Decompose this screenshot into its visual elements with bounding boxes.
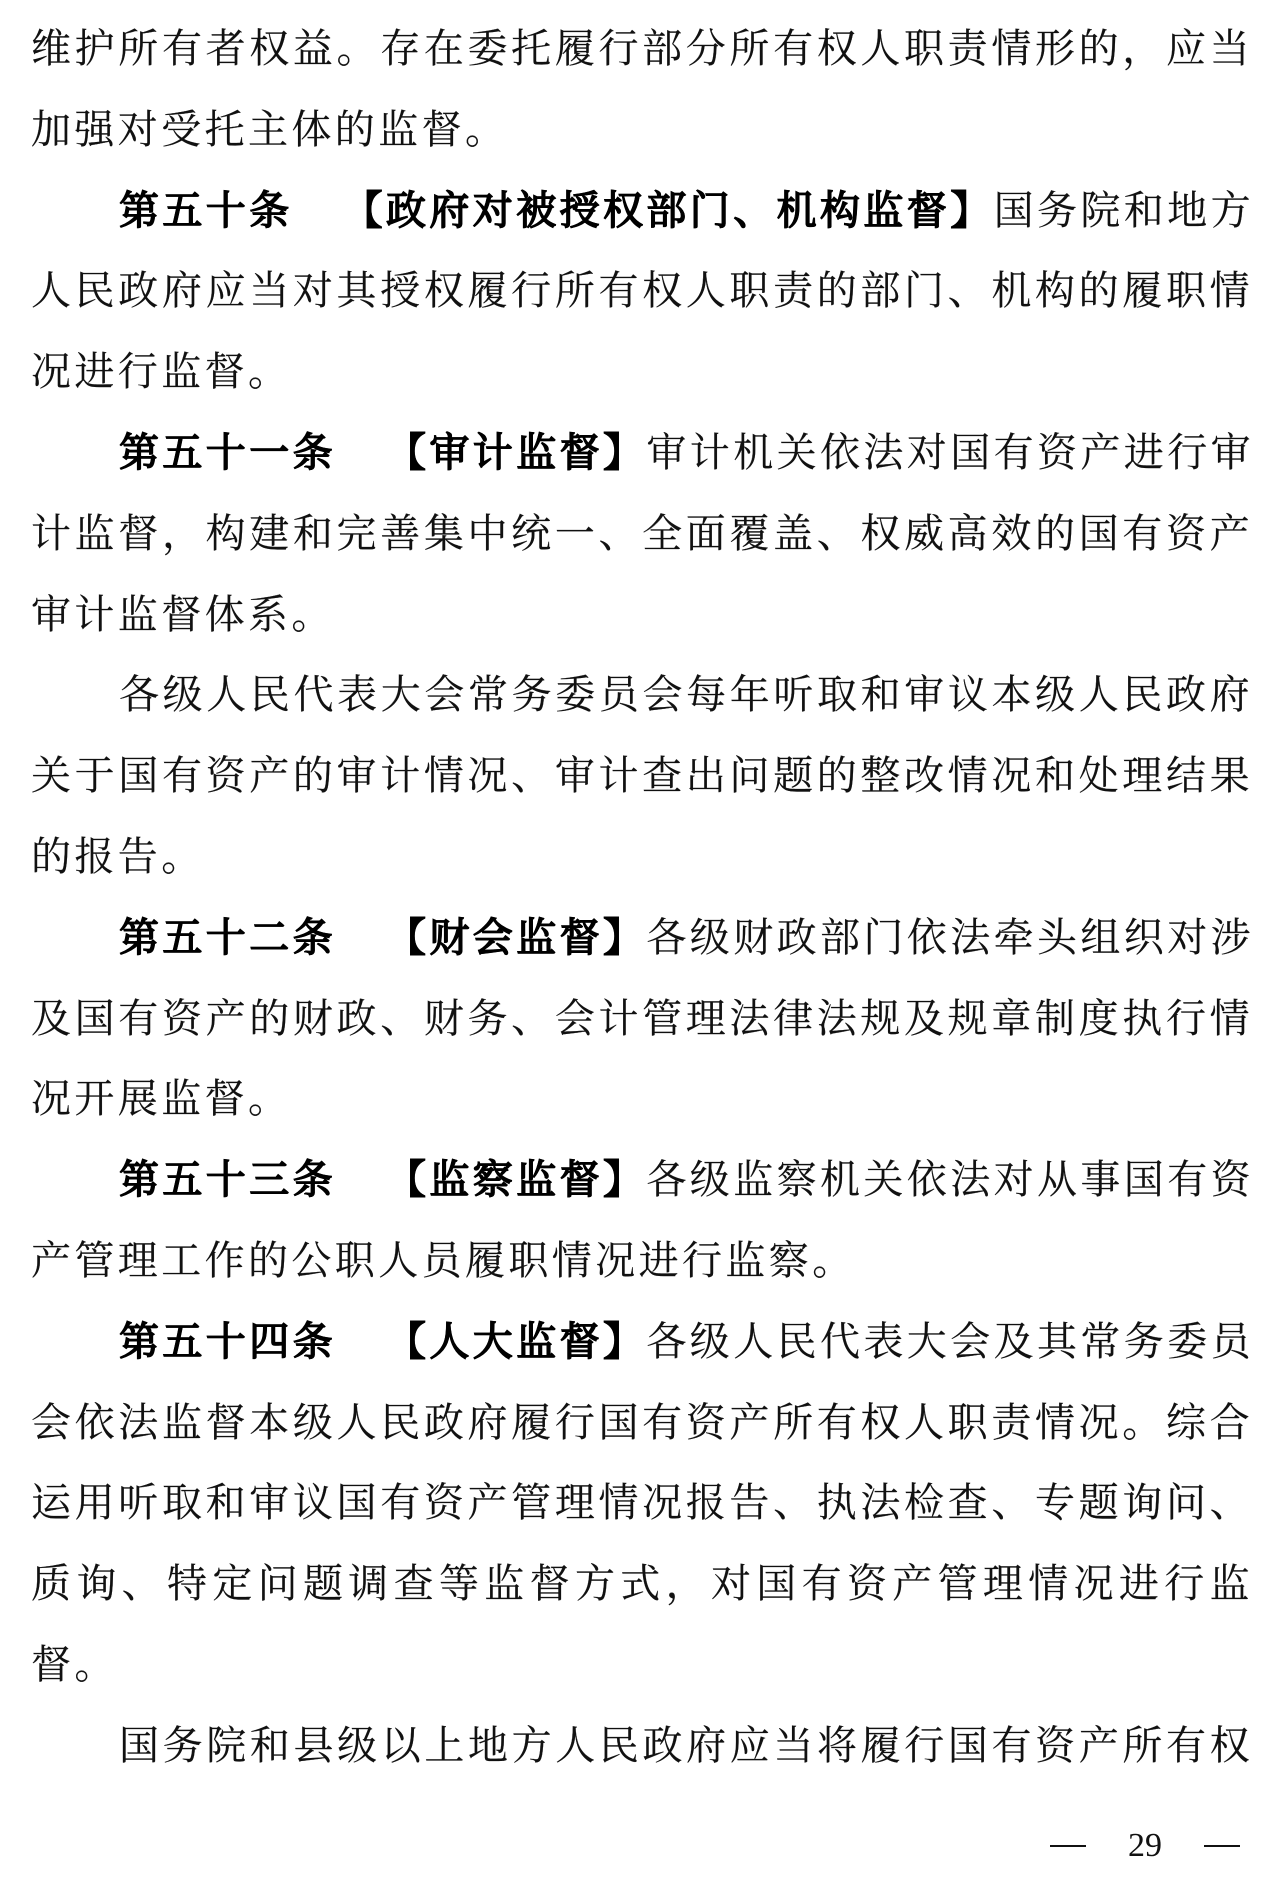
article-title: 【监察监督】: [386, 1157, 646, 1203]
page-footer: 29: [1050, 1826, 1240, 1866]
text-line: 人民政府应当对其授权履行所有权人职责的部门、机构的履职情: [31, 251, 1253, 332]
paragraph-first-line: 国务院和县级以上地方人民政府应当将履行国有资产所有权: [31, 1706, 1253, 1787]
text-line: 加强对受托主体的监督。: [31, 90, 1253, 171]
text-line: 审计监督体系。: [31, 575, 1253, 656]
text-line: 的报告。: [31, 817, 1253, 898]
article-54-heading-line: 第五十四条【人大监督】各级人民代表大会及其常务委员: [31, 1302, 1253, 1383]
text-line: 维护所有者权益。存在委托履行部分所有权人职责情形的，应当: [31, 9, 1253, 90]
text-line: 况进行监督。: [31, 332, 1253, 413]
dash-left: [1050, 1845, 1086, 1847]
article-number: 第五十四条: [119, 1319, 336, 1365]
text-line: 质询、特定问题调查等监督方式，对国有资产管理情况进行监: [31, 1544, 1253, 1625]
text-line: 运用听取和审议国有资产管理情况报告、执法检查、专题询问、: [31, 1463, 1253, 1544]
article-title: 【审计监督】: [386, 430, 646, 476]
text-line: 督。: [31, 1625, 1253, 1706]
article-51-heading-line: 第五十一条【审计监督】审计机关依法对国有资产进行审: [31, 413, 1253, 494]
article-text: 各级人民代表大会及其常务委员: [646, 1319, 1254, 1365]
text-line: 会依法监督本级人民政府履行国有资产所有权人职责情况。综合: [31, 1383, 1253, 1464]
article-text: 国务院和地方: [994, 188, 1254, 234]
article-title: 【财会监督】: [386, 915, 646, 961]
text-line: 况开展监督。: [31, 1059, 1253, 1140]
text-line: 计监督，构建和完善集中统一、全面覆盖、权威高效的国有资产: [31, 494, 1253, 575]
paragraph-first-line: 各级人民代表大会常务委员会每年听取和审议本级人民政府: [31, 655, 1253, 736]
article-number: 第五十条: [119, 188, 293, 234]
article-number: 第五十二条: [119, 915, 336, 961]
article-50-heading-line: 第五十条【政府对被授权部门、机构监督】国务院和地方: [31, 171, 1253, 252]
article-title: 【人大监督】: [386, 1319, 646, 1365]
dash-right: [1204, 1845, 1240, 1847]
page-number: 29: [1128, 1827, 1162, 1865]
document-page: 维护所有者权益。存在委托履行部分所有权人职责情形的，应当 加强对受托主体的监督。…: [31, 9, 1253, 1787]
article-number: 第五十一条: [119, 430, 336, 476]
article-text: 各级财政部门依法牵头组织对涉: [646, 915, 1254, 961]
text-line: 关于国有资产的审计情况、审计查出问题的整改情况和处理结果: [31, 736, 1253, 817]
text-line: 及国有资产的财政、财务、会计管理法律法规及规章制度执行情: [31, 979, 1253, 1060]
article-text: 审计机关依法对国有资产进行审: [646, 430, 1254, 476]
article-52-heading-line: 第五十二条【财会监督】各级财政部门依法牵头组织对涉: [31, 898, 1253, 979]
article-text: 各级监察机关依法对从事国有资: [646, 1157, 1254, 1203]
article-number: 第五十三条: [119, 1157, 336, 1203]
text-line: 产管理工作的公职人员履职情况进行监察。: [31, 1221, 1253, 1302]
article-title: 【政府对被授权部门、机构监督】: [343, 188, 994, 234]
article-53-heading-line: 第五十三条【监察监督】各级监察机关依法对从事国有资: [31, 1140, 1253, 1221]
